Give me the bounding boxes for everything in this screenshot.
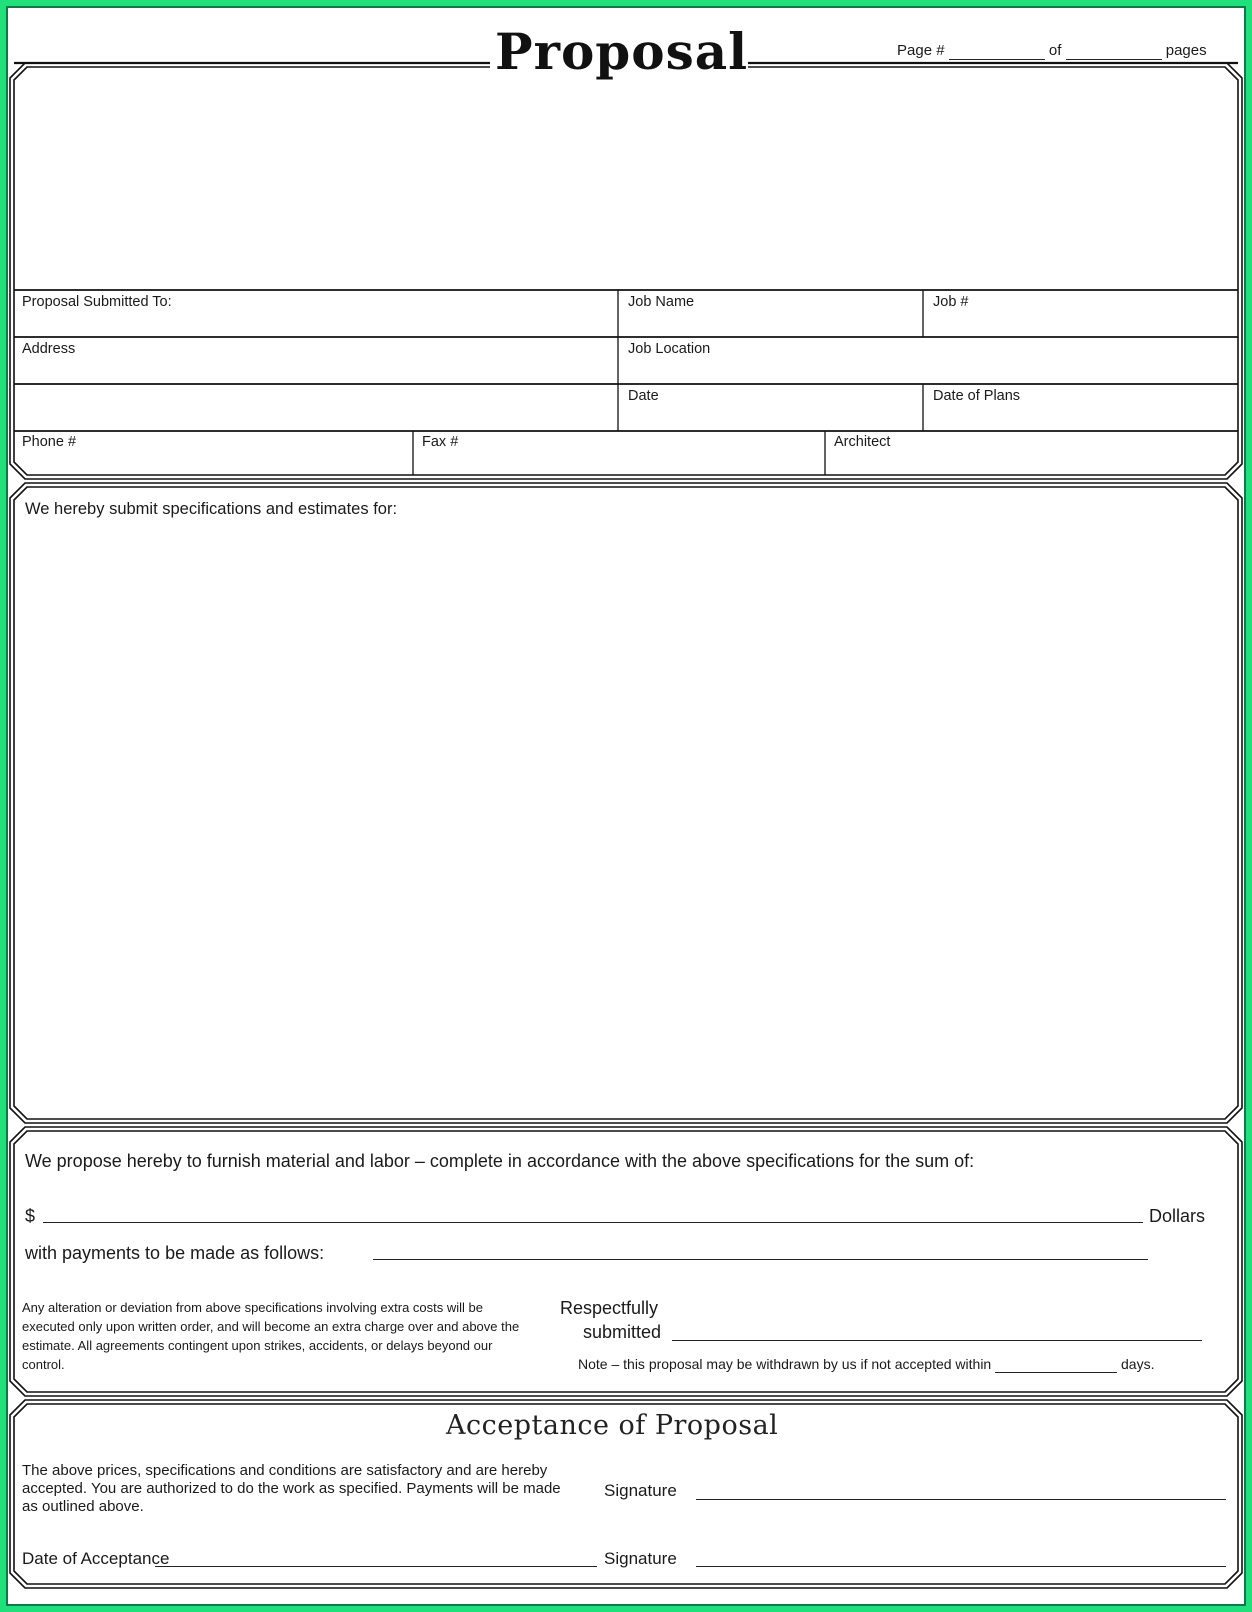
date-of-acceptance-field[interactable] xyxy=(155,1566,597,1567)
architect-field[interactable] xyxy=(827,433,1236,473)
submitted-label: submitted xyxy=(583,1322,661,1343)
date-of-plans-field[interactable] xyxy=(925,386,1236,429)
signature-field-2[interactable] xyxy=(696,1566,1226,1567)
document-title: Proposal xyxy=(495,22,748,81)
note-suffix: days. xyxy=(1121,1356,1154,1372)
pages-label: pages xyxy=(1166,42,1207,59)
fax-field[interactable] xyxy=(415,433,823,473)
acceptance-text: The above prices, specifications and con… xyxy=(22,1462,567,1516)
submitted-signature-field[interactable] xyxy=(672,1340,1202,1341)
job-number-field[interactable] xyxy=(925,292,1236,335)
signature-label-2: Signature xyxy=(604,1549,677,1569)
dollars-label: Dollars xyxy=(1149,1206,1205,1227)
pricing-intro: We propose hereby to furnish material an… xyxy=(25,1151,974,1172)
job-name-field[interactable] xyxy=(620,292,921,335)
submitted-to-field[interactable] xyxy=(16,292,616,335)
total-pages-field[interactable] xyxy=(1066,42,1162,60)
page-number-field[interactable] xyxy=(949,42,1045,60)
withdrawal-note: Note – this proposal may be withdrawn by… xyxy=(578,1356,1154,1373)
of-label: of xyxy=(1049,42,1062,59)
address-line-2-field[interactable] xyxy=(16,386,616,429)
signature-label-1: Signature xyxy=(604,1481,677,1501)
job-location-field[interactable] xyxy=(620,339,1236,382)
page-number-row: Page # of pages xyxy=(897,42,1207,60)
respectfully-label: Respectfully xyxy=(560,1298,658,1319)
days-field[interactable] xyxy=(995,1356,1117,1373)
specifications-field[interactable] xyxy=(18,525,1234,1115)
payments-field[interactable] xyxy=(373,1259,1148,1260)
acceptance-title: Acceptance of Proposal xyxy=(446,1410,778,1441)
payments-label: with payments to be made as follows: xyxy=(25,1243,324,1264)
amount-field[interactable] xyxy=(43,1222,1143,1223)
date-of-acceptance-label: Date of Acceptance xyxy=(22,1549,169,1569)
alteration-disclaimer: Any alteration or deviation from above s… xyxy=(22,1298,522,1374)
page-label: Page # xyxy=(897,42,945,59)
specifications-label: We hereby submit specifications and esti… xyxy=(25,500,397,519)
note-prefix: Note – this proposal may be withdrawn by… xyxy=(578,1356,991,1372)
currency-symbol: $ xyxy=(25,1206,35,1227)
phone-field[interactable] xyxy=(16,433,411,473)
date-field[interactable] xyxy=(620,386,921,429)
signature-field-1[interactable] xyxy=(696,1499,1226,1500)
address-field[interactable] xyxy=(16,339,616,382)
